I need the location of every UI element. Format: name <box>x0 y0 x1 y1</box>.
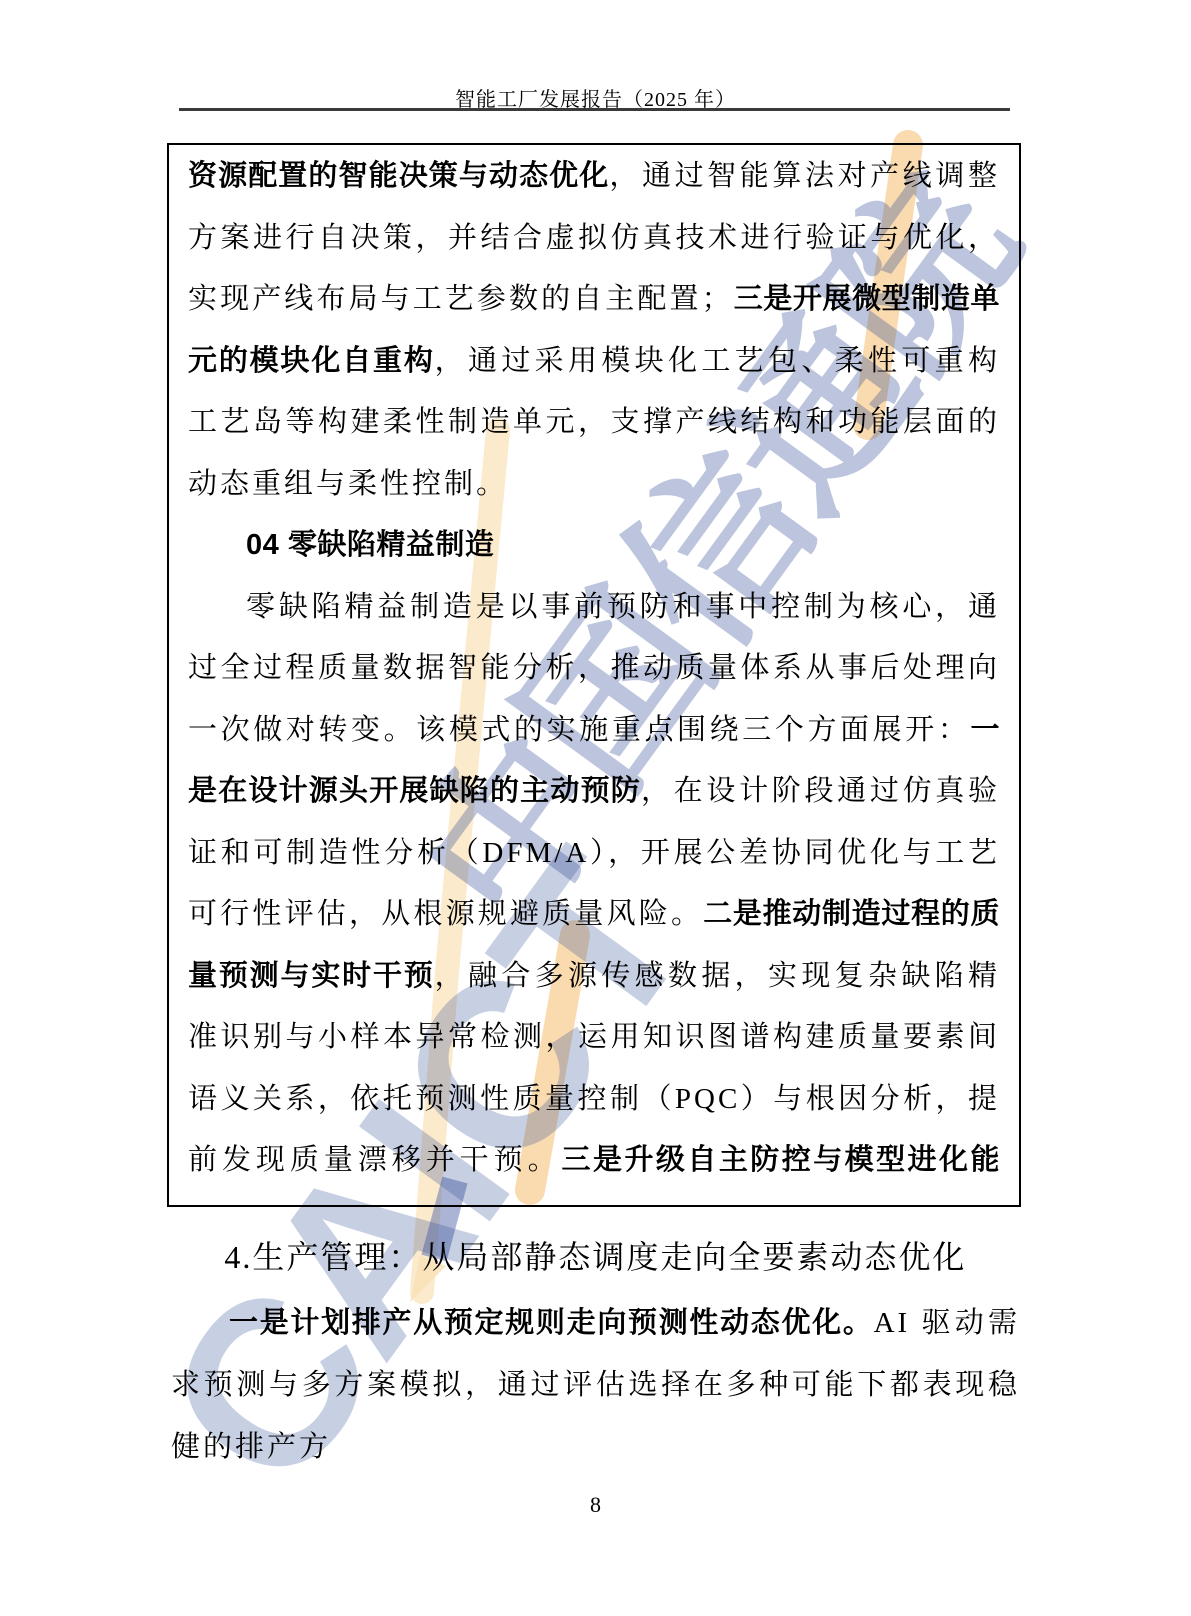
bold-emphasis-text: 资源配置的智能决策与动态优化 <box>188 160 609 192</box>
page-number: 8 <box>0 1492 1191 1518</box>
content-box: 资源配置的智能决策与动态优化，通过智能算法对产线调整方案进行自决策，并结合虚拟仿… <box>167 143 1021 1207</box>
box-paragraph: 零缺陷精益制造是以事前预防和事中控制为核心，通过全过程质量数据智能分析，推动质量… <box>188 577 1000 1208</box>
body-text: ，根据缺陷数据自动调整工艺参数，动态优化生产排程，实现跨系统协同防控，利用新型缺… <box>188 1206 1000 1208</box>
header-rule <box>179 108 1010 111</box>
box-subheading: 04 零缺陷精益制造 <box>188 515 1000 577</box>
body-paragraph: 一是计划排产从预定规则走向预测性动态优化。AI 驱动需求预测与多方案模拟，通过评… <box>171 1292 1020 1478</box>
bold-emphasis-text: 04 零缺陷精益制造 <box>246 529 494 561</box>
document-page: { "header": { "title": "智能工厂发展报告（2025 年）… <box>0 0 1191 1616</box>
bold-emphasis-text: 一是计划排产从预定规则走向预测性动态优化。 <box>229 1307 874 1339</box>
section-heading: 4.生产管理：从局部静态调度走向全要素动态优化 <box>170 1236 1021 1278</box>
box-paragraph: 资源配置的智能决策与动态优化，通过智能算法对产线调整方案进行自决策，并结合虚拟仿… <box>188 146 1000 515</box>
body-text: 零缺陷精益制造是以事前预防和事中控制为核心，通过全过程质量数据智能分析，推动质量… <box>188 591 1000 746</box>
